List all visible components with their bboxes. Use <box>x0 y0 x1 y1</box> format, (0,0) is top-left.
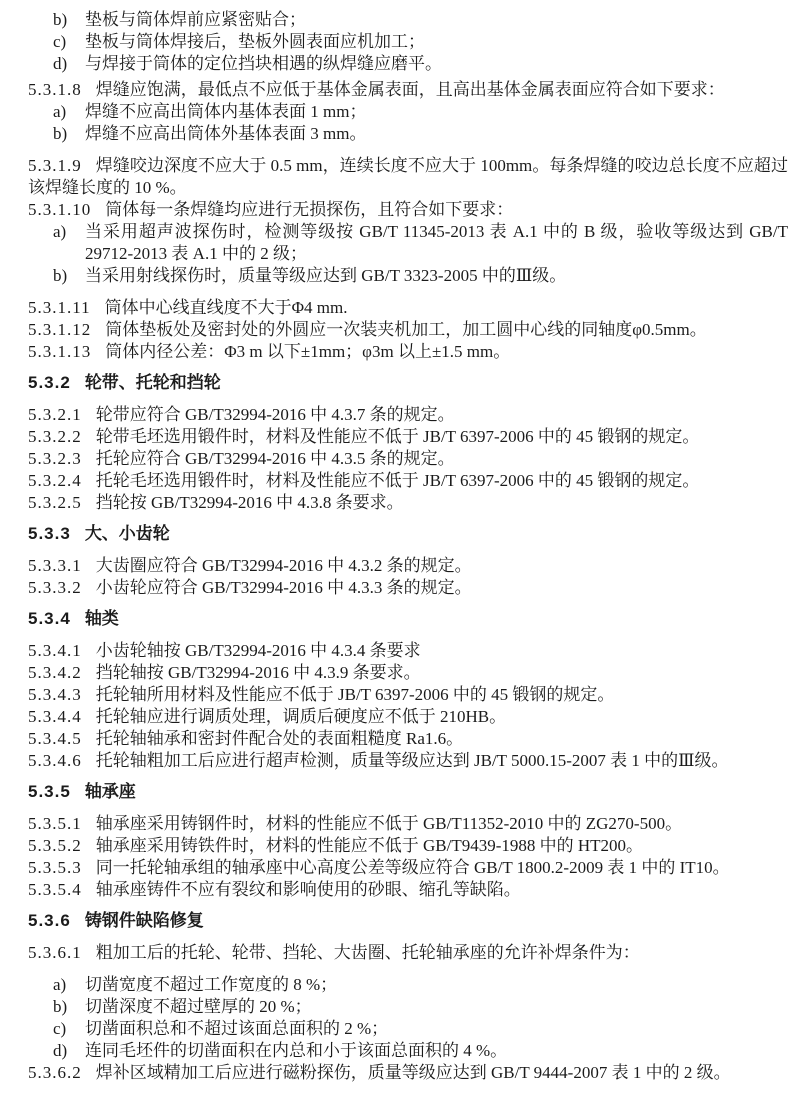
clause-text: 托轮轴应进行调质处理，调质后硬度应不低于 210HB。 <box>96 707 506 726</box>
clause-text: 筒体内径公差：Φ3 m 以下±1mm；φ3m 以上±1.5 mm。 <box>105 342 510 361</box>
section-heading-title: 轴类 <box>85 609 119 628</box>
clause-number: 5.3.2.3 <box>28 449 82 468</box>
clause-number: 5.3.3.1 <box>28 556 82 575</box>
clause-text: 挡轮按 GB/T32994-2016 中 4.3.8 条要求。 <box>96 493 404 512</box>
clause-number: 5.3.1.8 <box>28 80 82 99</box>
list-item-marker: a) <box>53 974 66 996</box>
list-item: b)焊缝不应高出筒体外基体表面 3 mm。 <box>28 123 788 145</box>
list-item-marker: c) <box>53 1018 66 1040</box>
list-item: d)与焊接于筒体的定位挡块相遇的纵焊缝应磨平。 <box>28 53 788 75</box>
clause-paragraph: 5.3.5.1轴承座采用铸钢件时，材料的性能应不低于 GB/T11352-201… <box>28 813 788 835</box>
clause-text: 托轮轴粗加工后应进行超声检测，质量等级应达到 JB/T 5000.15-2007… <box>96 751 729 770</box>
list-item: a)当采用超声波探伤时，检测等级按 GB/T 11345-2013 表 A.1 … <box>28 221 788 265</box>
section-heading: 5.3.5轴承座 <box>28 781 788 803</box>
clause-paragraph: 5.3.1.11筒体中心线直线度不大于Φ4 mm. <box>28 297 788 319</box>
lettered-sublist: a)焊缝不应高出筒体内基体表面 1 mm；b)焊缝不应高出筒体外基体表面 3 m… <box>28 101 788 145</box>
clause-number: 5.3.2.5 <box>28 493 82 512</box>
clause-number: 5.3.2.1 <box>28 405 82 424</box>
clause-paragraph: 5.3.6.1粗加工后的托轮、轮带、挡轮、大齿圈、托轮轴承座的允许补焊条件为： <box>28 942 788 964</box>
clause-number: 5.3.5 <box>28 782 71 801</box>
list-item-marker: a) <box>53 101 66 123</box>
clause-text: 小齿轮应符合 GB/T32994-2016 中 4.3.3 条的规定。 <box>96 578 472 597</box>
list-item-text: 当采用射线探伤时，质量等级应达到 GB/T 3323-2005 中的Ⅲ级。 <box>85 266 566 285</box>
clause-number: 5.3.5.4 <box>28 880 82 899</box>
clause-paragraph: 5.3.2.4托轮毛坯选用锻件时，材料及性能应不低于 JB/T 6397-200… <box>28 470 788 492</box>
clause-paragraph: 5.3.5.4轴承座铸件不应有裂纹和影响使用的砂眼、缩孔等缺陷。 <box>28 879 788 901</box>
clause-text: 焊缝咬边深度不应大于 0.5 mm，连续长度不应大于 100mm。每条焊缝的咬边… <box>28 156 788 197</box>
clause-paragraph: 5.3.1.13筒体内径公差：Φ3 m 以下±1mm；φ3m 以上±1.5 mm… <box>28 341 788 363</box>
clause-number: 5.3.6.1 <box>28 943 82 962</box>
clause-text: 轮带毛坯选用锻件时，材料及性能应不低于 JB/T 6397-2006 中的 45… <box>96 427 700 446</box>
list-item-marker: d) <box>53 53 67 75</box>
list-item-text: 垫板与筒体焊接后，垫板外圆表面应机加工； <box>85 32 425 51</box>
clause-text: 同一托轮轴承组的轴承座中心高度公差等级应符合 GB/T 1800.2-2009 … <box>96 858 730 877</box>
clause-paragraph: 5.3.6.2焊补区域精加工后应进行磁粉探伤，质量等级应达到 GB/T 9444… <box>28 1062 788 1084</box>
clause-text: 挡轮轴按 GB/T32994-2016 中 4.3.9 条要求。 <box>96 663 421 682</box>
clause-number: 5.3.2 <box>28 373 71 392</box>
clause-number: 5.3.1.12 <box>28 320 91 339</box>
clause-number: 5.3.4.2 <box>28 663 82 682</box>
clause-paragraph: 5.3.4.2挡轮轴按 GB/T32994-2016 中 4.3.9 条要求。 <box>28 662 788 684</box>
clause-text: 筒体每一条焊缝均应进行无损探伤，且符合如下要求： <box>105 200 513 219</box>
clause-paragraph: 5.3.1.10筒体每一条焊缝均应进行无损探伤，且符合如下要求： <box>28 199 788 221</box>
clause-paragraph: 5.3.2.3托轮应符合 GB/T32994-2016 中 4.3.5 条的规定… <box>28 448 788 470</box>
lettered-sublist: b)垫板与筒体焊前应紧密贴合；c)垫板与筒体焊接后，垫板外圆表面应机加工；d)与… <box>28 9 788 75</box>
list-item-text: 焊缝不应高出筒体内基体表面 1 mm； <box>85 102 366 121</box>
clause-text: 托轮轴轴承和密封件配合处的表面粗糙度 Ra1.6。 <box>96 729 463 748</box>
clause-paragraph: 5.3.1.9焊缝咬边深度不应大于 0.5 mm，连续长度不应大于 100mm。… <box>28 155 788 199</box>
clause-paragraph: 5.3.1.12筒体垫板处及密封处的外圆应一次装夹机加工，加工圆中心线的同轴度φ… <box>28 319 788 341</box>
list-item-text: 当采用超声波探伤时，检测等级按 GB/T 11345-2013 表 A.1 中的… <box>85 222 788 263</box>
clause-number: 5.3.1.13 <box>28 342 91 361</box>
list-item: c)垫板与筒体焊接后，垫板外圆表面应机加工； <box>28 31 788 53</box>
clause-number: 5.3.4.1 <box>28 641 82 660</box>
list-item: b)当采用射线探伤时，质量等级应达到 GB/T 3323-2005 中的Ⅲ级。 <box>28 265 788 287</box>
clause-text: 筒体垫板处及密封处的外圆应一次装夹机加工，加工圆中心线的同轴度φ0.5mm。 <box>105 320 707 339</box>
clause-paragraph: 5.3.5.3同一托轮轴承组的轴承座中心高度公差等级应符合 GB/T 1800.… <box>28 857 788 879</box>
clause-number: 5.3.4.3 <box>28 685 82 704</box>
clause-number: 5.3.4.4 <box>28 707 82 726</box>
section-heading-title: 大、小齿轮 <box>85 524 170 543</box>
clause-number: 5.3.3 <box>28 524 71 543</box>
clause-text: 焊缝应饱满，最低点不应低于基体金属表面，且高出基体金属表面应符合如下要求： <box>96 80 725 99</box>
list-item: a)切凿宽度不超过工作宽度的 8 %； <box>28 974 788 996</box>
list-item: b)垫板与筒体焊前应紧密贴合； <box>28 9 788 31</box>
clause-text: 轴承座铸件不应有裂纹和影响使用的砂眼、缩孔等缺陷。 <box>96 880 521 899</box>
clause-text: 托轮轴所用材料及性能应不低于 JB/T 6397-2006 中的 45 锻钢的规… <box>96 685 615 704</box>
document-page: b)垫板与筒体焊前应紧密贴合；c)垫板与筒体焊接后，垫板外圆表面应机加工；d)与… <box>0 0 804 1097</box>
section-heading: 5.3.4轴类 <box>28 608 788 630</box>
clause-paragraph: 5.3.4.1小齿轮轴按 GB/T32994-2016 中 4.3.4 条要求 <box>28 640 788 662</box>
list-item: c)切凿面积总和不超过该面总面积的 2 %； <box>28 1018 788 1040</box>
section-heading-title: 轴承座 <box>85 782 136 801</box>
clause-number: 5.3.2.4 <box>28 471 82 490</box>
lettered-sublist: a)切凿宽度不超过工作宽度的 8 %；b)切凿深度不超过壁厚的 20 %；c)切… <box>28 974 788 1062</box>
list-item: a)焊缝不应高出筒体内基体表面 1 mm； <box>28 101 788 123</box>
clause-paragraph: 5.3.2.2轮带毛坯选用锻件时，材料及性能应不低于 JB/T 6397-200… <box>28 426 788 448</box>
clause-text: 筒体中心线直线度不大于Φ4 mm. <box>105 298 348 317</box>
clause-paragraph: 5.3.1.8焊缝应饱满，最低点不应低于基体金属表面，且高出基体金属表面应符合如… <box>28 79 788 101</box>
section-heading: 5.3.2轮带、托轮和挡轮 <box>28 372 788 394</box>
clause-number: 5.3.6.2 <box>28 1063 82 1082</box>
list-item: b)切凿深度不超过壁厚的 20 %； <box>28 996 788 1018</box>
clause-number: 5.3.4 <box>28 609 71 628</box>
clause-paragraph: 5.3.2.1轮带应符合 GB/T32994-2016 中 4.3.7 条的规定… <box>28 404 788 426</box>
clause-number: 5.3.3.2 <box>28 578 82 597</box>
section-heading-title: 轮带、托轮和挡轮 <box>85 373 221 392</box>
section-heading-title: 铸钢件缺陷修复 <box>85 911 204 930</box>
list-item: d)连同毛坯件的切凿面积在内总和小于该面总面积的 4 %。 <box>28 1040 788 1062</box>
clause-number: 5.3.1.10 <box>28 200 91 219</box>
clause-paragraph: 5.3.3.2小齿轮应符合 GB/T32994-2016 中 4.3.3 条的规… <box>28 577 788 599</box>
clause-number: 5.3.5.2 <box>28 836 82 855</box>
clause-text: 焊补区域精加工后应进行磁粉探伤，质量等级应达到 GB/T 9444-2007 表… <box>96 1063 731 1082</box>
list-item-marker: b) <box>53 265 67 287</box>
clause-text: 托轮应符合 GB/T32994-2016 中 4.3.5 条的规定。 <box>96 449 455 468</box>
list-item-text: 垫板与筒体焊前应紧密贴合； <box>85 10 306 29</box>
clause-number: 5.3.1.11 <box>28 298 91 317</box>
list-item-marker: b) <box>53 9 67 31</box>
list-item-text: 焊缝不应高出筒体外基体表面 3 mm。 <box>85 124 366 143</box>
clause-number: 5.3.5.3 <box>28 858 82 877</box>
clause-text: 轴承座采用铸钢件时，材料的性能应不低于 GB/T11352-2010 中的 ZG… <box>96 814 682 833</box>
list-item-text: 与焊接于筒体的定位挡块相遇的纵焊缝应磨平。 <box>85 54 442 73</box>
clause-paragraph: 5.3.3.1大齿圈应符合 GB/T32994-2016 中 4.3.2 条的规… <box>28 555 788 577</box>
list-item-marker: d) <box>53 1040 67 1062</box>
clause-paragraph: 5.3.4.4托轮轴应进行调质处理，调质后硬度应不低于 210HB。 <box>28 706 788 728</box>
clause-paragraph: 5.3.5.2轴承座采用铸铁件时，材料的性能应不低于 GB/T9439-1988… <box>28 835 788 857</box>
list-item-text: 连同毛坯件的切凿面积在内总和小于该面总面积的 4 %。 <box>85 1041 507 1060</box>
clause-number: 5.3.6 <box>28 911 71 930</box>
clause-paragraph: 5.3.4.5托轮轴轴承和密封件配合处的表面粗糙度 Ra1.6。 <box>28 728 788 750</box>
clause-number: 5.3.4.6 <box>28 751 82 770</box>
clause-number: 5.3.2.2 <box>28 427 82 446</box>
section-heading: 5.3.6铸钢件缺陷修复 <box>28 910 788 932</box>
list-item-text: 切凿宽度不超过工作宽度的 8 %； <box>85 975 337 994</box>
list-item-text: 切凿面积总和不超过该面总面积的 2 %； <box>85 1019 388 1038</box>
list-item-marker: b) <box>53 996 67 1018</box>
clause-paragraph: 5.3.2.5挡轮按 GB/T32994-2016 中 4.3.8 条要求。 <box>28 492 788 514</box>
list-item-text: 切凿深度不超过壁厚的 20 %； <box>85 997 312 1016</box>
list-item-marker: b) <box>53 123 67 145</box>
list-item-marker: a) <box>53 221 66 243</box>
clause-paragraph: 5.3.4.6托轮轴粗加工后应进行超声检测，质量等级应达到 JB/T 5000.… <box>28 750 788 772</box>
clause-text: 托轮毛坯选用锻件时，材料及性能应不低于 JB/T 6397-2006 中的 45… <box>96 471 700 490</box>
clause-number: 5.3.1.9 <box>28 156 82 175</box>
list-item-marker: c) <box>53 31 66 53</box>
clause-text: 小齿轮轴按 GB/T32994-2016 中 4.3.4 条要求 <box>96 641 421 660</box>
clause-number: 5.3.5.1 <box>28 814 82 833</box>
clause-number: 5.3.4.5 <box>28 729 82 748</box>
lettered-sublist: a)当采用超声波探伤时，检测等级按 GB/T 11345-2013 表 A.1 … <box>28 221 788 287</box>
section-heading: 5.3.3大、小齿轮 <box>28 523 788 545</box>
clause-text: 粗加工后的托轮、轮带、挡轮、大齿圈、托轮轴承座的允许补焊条件为： <box>96 943 640 962</box>
clause-text: 轴承座采用铸铁件时，材料的性能应不低于 GB/T9439-1988 中的 HT2… <box>96 836 643 855</box>
clause-paragraph: 5.3.4.3托轮轴所用材料及性能应不低于 JB/T 6397-2006 中的 … <box>28 684 788 706</box>
clause-text: 轮带应符合 GB/T32994-2016 中 4.3.7 条的规定。 <box>96 405 455 424</box>
clause-text: 大齿圈应符合 GB/T32994-2016 中 4.3.2 条的规定。 <box>96 556 472 575</box>
